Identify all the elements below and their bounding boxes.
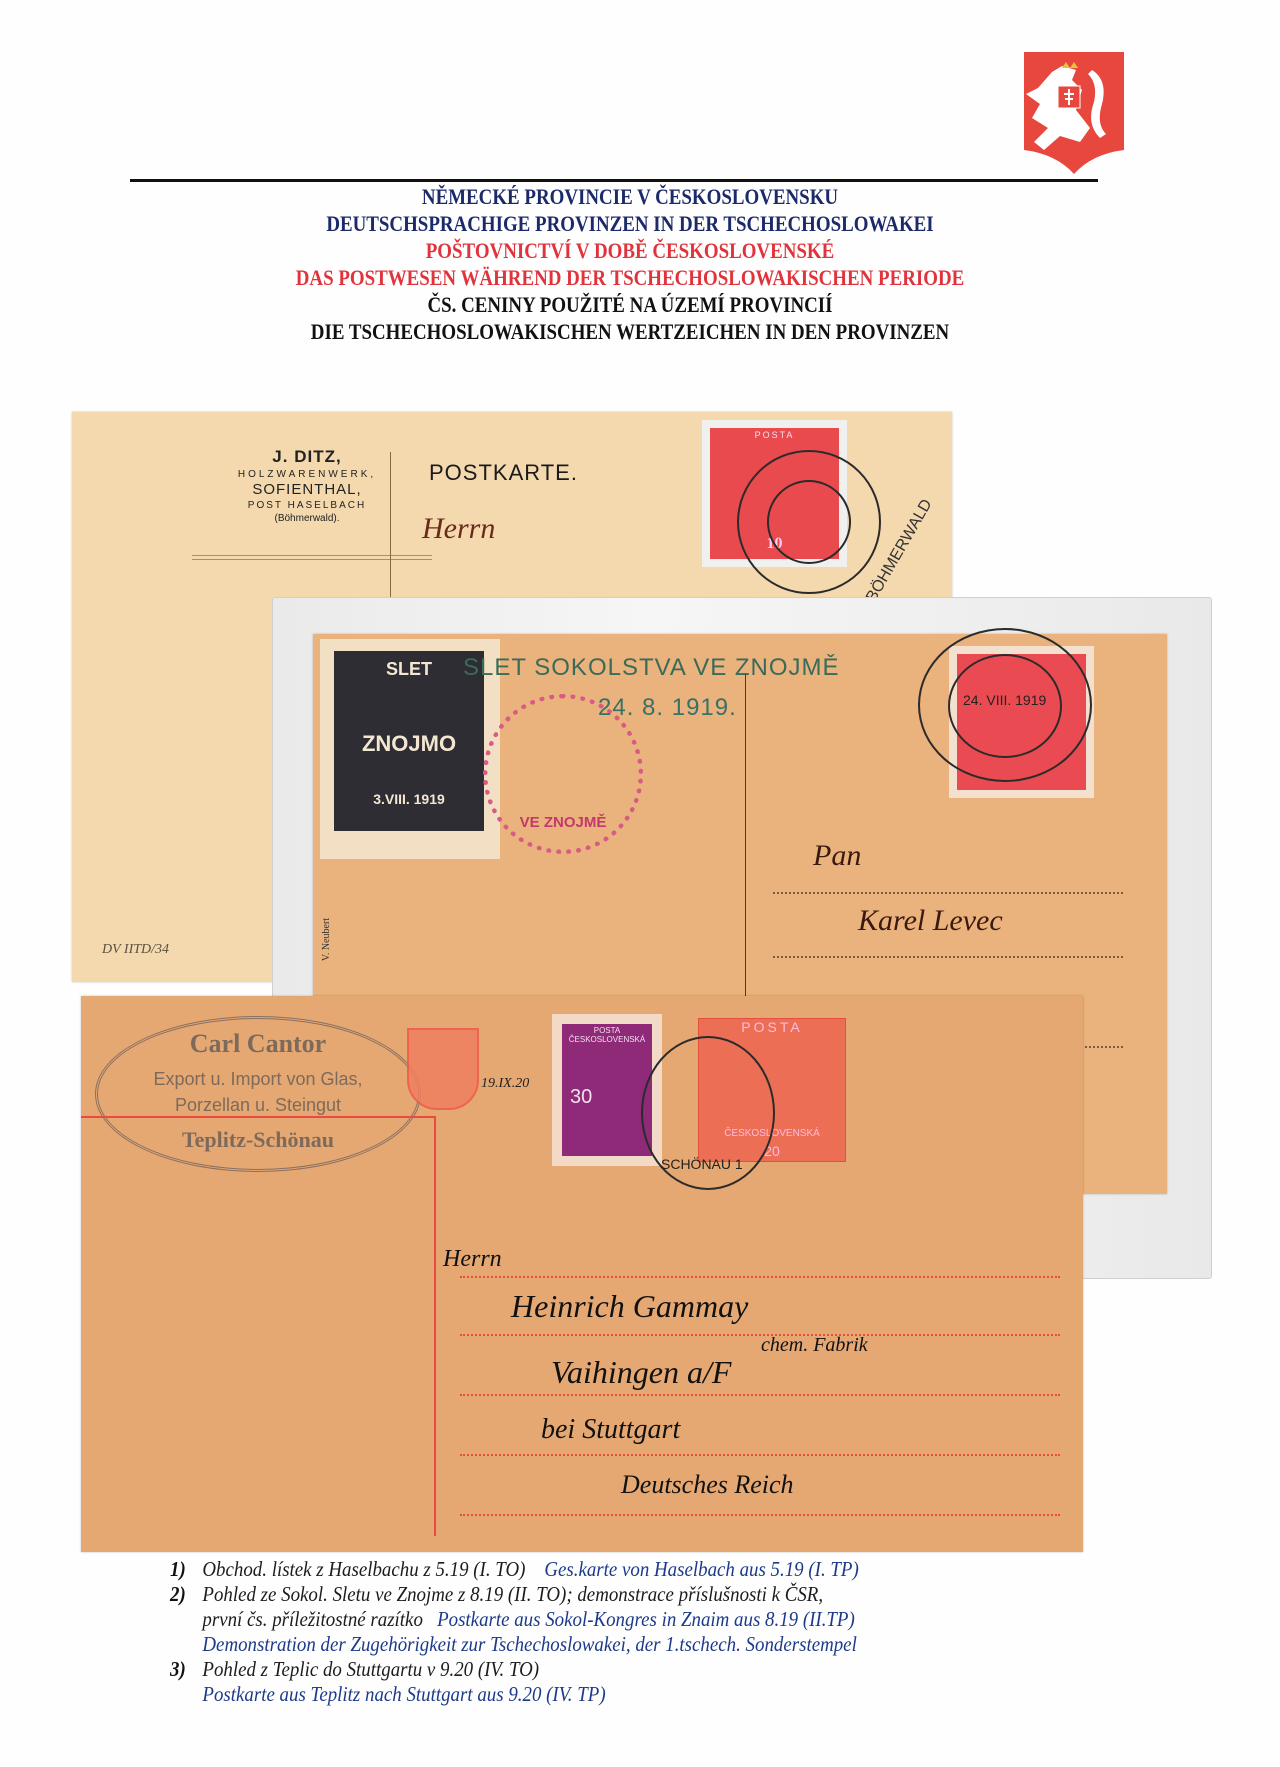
caption-2: 2)Pohled ze Sokol. Sletu ve Znojme z 8.1… — [170, 1582, 1070, 1607]
title-cz-2: POŠTOVNICTVÍ V DOBĚ ČESKOSLOVENSKÉ — [88, 237, 1172, 264]
caption-3: 3)Pohled z Teplic do Stuttgartu v 9.20 (… — [170, 1657, 1070, 1682]
stamp-label: POSTA ČESKOSLOVENSKÁ — [562, 1026, 652, 1044]
caption-2-de: Demonstration der Zugehörigkeit zur Tsch… — [170, 1632, 1070, 1657]
address-line-3: chem. Fabrik — [761, 1334, 868, 1357]
postmark-date: 24. VIII. 1919 — [963, 692, 1046, 708]
indicia-label: POSTA — [699, 1019, 845, 1035]
address-line-5: bei Stuttgart — [541, 1414, 680, 1446]
postmark-text: SCHÖNAU 1 — [661, 1156, 743, 1172]
caption-de: Demonstration der Zugehörigkeit zur Tsch… — [202, 1632, 856, 1656]
address-rule — [460, 1394, 1060, 1396]
caption-cz: Pohled z Teplic do Stuttgartu v 9.20 (IV… — [202, 1657, 539, 1681]
caption-number: 3) — [170, 1657, 202, 1682]
sender-post: POST HASELBACH — [192, 500, 422, 511]
stamp-line-3: Porzellan u. Steingut — [98, 1095, 418, 1116]
stamp-line-1: Carl Cantor — [98, 1029, 418, 1059]
title-cz-3: ČS. CENINY POUŽITÉ NA ÚZEMÍ PROVINCIÍ — [88, 291, 1172, 318]
address-rule — [460, 1514, 1060, 1516]
caption-de: Ges.karte von Haselbach aus 5.19 (I. TP) — [544, 1557, 858, 1581]
address-line — [773, 892, 1123, 894]
page-titles: NĚMECKÉ PROVINCIE V ČESKOSLOVENSKU DEUTS… — [0, 183, 1260, 345]
postkarte-title: POSTKARTE. — [429, 460, 578, 486]
caption-1: 1)Obchod. lístek z Haselbachu z 5.19 (I.… — [170, 1557, 1070, 1582]
pencil-note: DV IITD/34 — [102, 942, 169, 958]
addressee-salutation: Pan — [813, 839, 861, 873]
address-line-1: Herrn — [443, 1246, 502, 1273]
publisher-imprint: V. Neubert — [321, 918, 332, 961]
address-rule — [460, 1454, 1060, 1456]
sender-imprint: J. DITZ, HOLZWARENWERK, SOFIENTHAL, POST… — [192, 447, 422, 524]
caption-number: 1) — [170, 1557, 202, 1582]
postmark-date: 19.IX.20 — [481, 1076, 529, 1092]
title-de-2: DAS POSTWESEN WÄHREND DER TSCHECHOSLOWAK… — [88, 264, 1172, 291]
sender-name: J. DITZ, — [192, 447, 422, 467]
caption-de: Postkarte aus Teplitz nach Stuttgart aus… — [202, 1682, 605, 1706]
title-cz-1: NĚMECKÉ PROVINCIE V ČESKOSLOVENSKU — [88, 183, 1172, 210]
slet-cachet: SLET SOKOLSTVA VE ZNOJMĚ — [463, 654, 840, 682]
caption-cz: první čs. příležitostné razítko — [202, 1607, 423, 1631]
header-rule — [130, 179, 1098, 182]
red-rule — [81, 1116, 436, 1118]
caption-number: 2) — [170, 1582, 202, 1607]
stamp-line-4: Teplitz-Schönau — [98, 1127, 418, 1153]
address-rule — [460, 1334, 1060, 1336]
vignette-top: SLET — [334, 659, 484, 680]
sender-region: (Böhmerwald). — [192, 513, 422, 524]
caption-2-cont: první čs. příležitostné razítko Postkart… — [170, 1607, 1070, 1632]
addressee-name: Karel Levec — [858, 904, 1003, 938]
red-divider — [434, 1116, 436, 1536]
handwritten-greeting: Herrn — [422, 512, 495, 546]
caption-cz: Obchod. lístek z Haselbachu z 5.19 (I. T… — [202, 1557, 525, 1581]
vignette-date: 3.VIII. 1919 — [334, 791, 484, 807]
lion-emblem-icon — [407, 1028, 479, 1110]
captions: 1)Obchod. lístek z Haselbachu z 5.19 (I.… — [170, 1557, 1170, 1707]
address-line-2: Heinrich Gammay — [511, 1288, 748, 1325]
postmark-inner-circle — [767, 480, 851, 564]
address-line-4: Vaihingen a/F — [551, 1354, 731, 1391]
title-de-3: DIE TSCHECHOSLOWAKISCHEN WERTZEICHEN IN … — [88, 318, 1172, 345]
title-de-1: DEUTSCHSPRACHIGE PROVINZEN IN DER TSCHEC… — [88, 210, 1172, 237]
stamp-value: 30 — [570, 1086, 592, 1109]
address-rule — [460, 1276, 1060, 1278]
postcard-teplitz: Carl Cantor Export u. Import von Glas, P… — [81, 996, 1083, 1552]
address-line-6: Deutsches Reich — [621, 1470, 794, 1500]
carl-cantor-handstamp: Carl Cantor Export u. Import von Glas, P… — [95, 1016, 421, 1172]
coat-of-arms-icon — [1022, 50, 1126, 176]
address-line — [773, 956, 1123, 958]
caption-cz: Pohled ze Sokol. Sletu ve Znojme z 8.19 … — [202, 1582, 823, 1606]
slet-date: 24. 8. 1919. — [598, 694, 737, 722]
sender-place: SOFIENTHAL, — [192, 481, 422, 498]
sender-trade: HOLZWARENWERK, — [192, 469, 422, 480]
stamp-label: POSTA — [710, 430, 839, 440]
caption-3-de: Postkarte aus Teplitz nach Stuttgart aus… — [170, 1682, 1070, 1707]
caption-de: Postkarte aus Sokol-Kongres in Znaim aus… — [437, 1607, 855, 1631]
vignette-name: ZNOJMO — [334, 731, 484, 757]
sender-underline — [192, 555, 432, 560]
seal-text: VE ZNOJMĚ — [488, 814, 638, 831]
stamp-line-2: Export u. Import von Glas, — [98, 1069, 418, 1090]
